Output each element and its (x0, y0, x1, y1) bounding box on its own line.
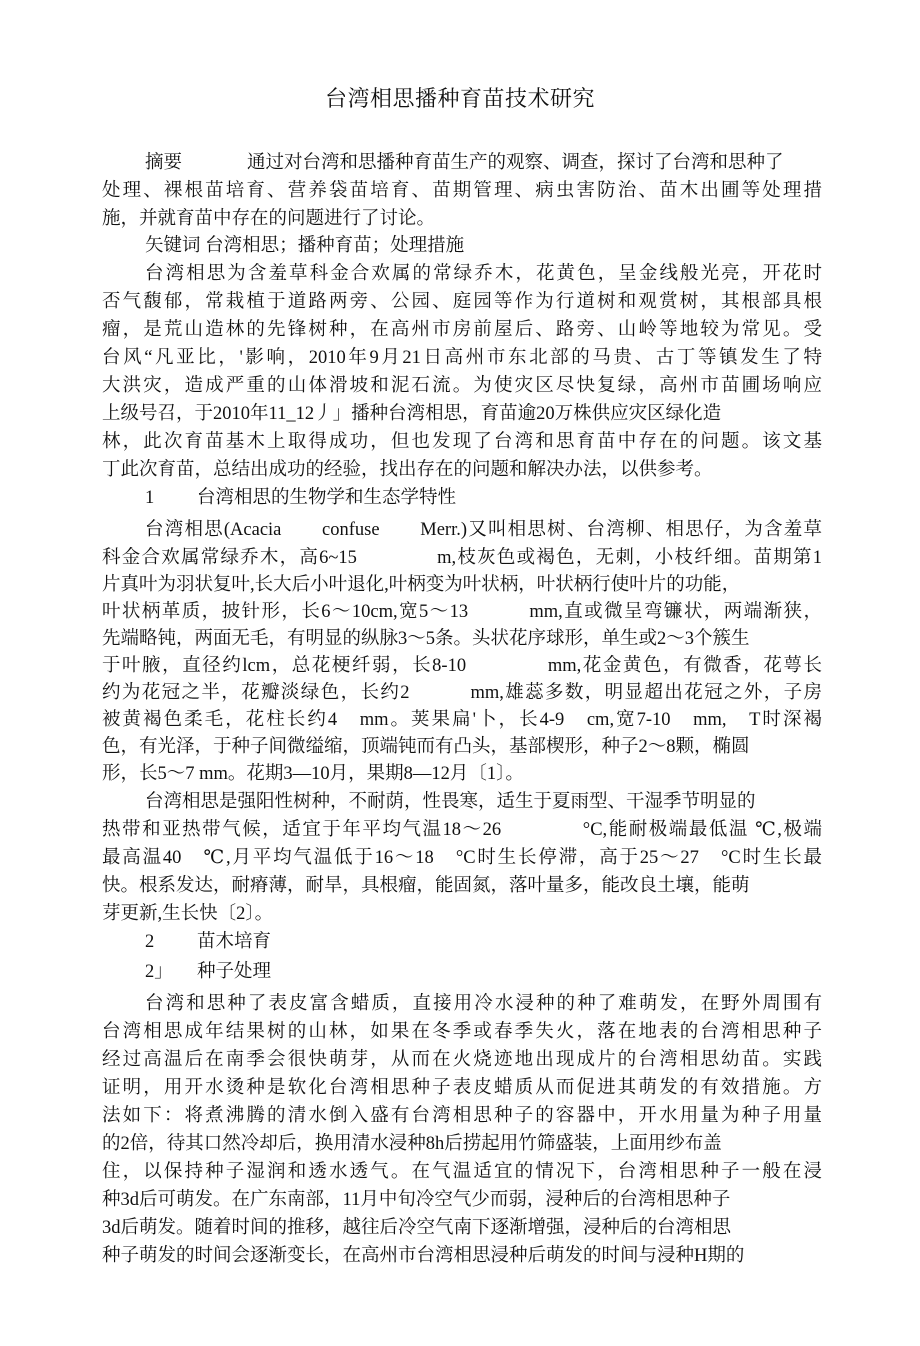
paragraph-line: 片真叶为羽状复叶,长大后小叶退化,叶柄变为叶状柄，叶状柄行使叶片的功能， (102, 573, 822, 597)
subsection-heading: 2」种子处理 (145, 960, 822, 984)
paragraph-line: 上级号召，于2010年11_12丿」播种台湾相思，育苗逾20万株供应灾区绿化造 (102, 402, 822, 426)
section-heading: 1台湾相思的生物学和生态学特性 (145, 486, 822, 510)
keywords: 矢键词 台湾相思；播种育苗；处理措施 (145, 234, 822, 258)
paragraph-line: 证明，用开水烫种是软化台湾相思种子表皮蜡质从而促进其萌发的有效措施。方 (102, 1076, 822, 1100)
paragraph-line: 被黄褐色柔毛，花柱长约4 mm。荚果扁'卜，长4-9 cm,宽7-10 mm, … (102, 708, 822, 732)
paragraph-line: 台湾相思(Acacia confuse Merr.)又叫相思树、台湾柳、相思仔，… (145, 518, 822, 542)
document-title: 台湾相思播种育苗技术研究 (0, 82, 920, 113)
paragraph-line: 的2倍，待其口然冷却后，换用清水浸种8h后捞起用竹筛盛装，上面用纱布盖 (102, 1132, 822, 1156)
section-title: 苗木培育 (197, 932, 271, 952)
paragraph-line: 瘤，是荒山造林的先锋树种，在高州市房前屋后、路旁、山岭等地较为常见。受 (102, 318, 822, 342)
section-title: 台湾相思的生物学和生态学特性 (197, 488, 456, 508)
section-number: 2 (145, 930, 197, 954)
section-heading: 2苗木培育 (145, 930, 822, 954)
paragraph-line: 先端略钝，两面无毛，有明显的纵脉3～5条。头状花序球形，单生或2～3个簇生 (102, 627, 822, 651)
abstract-line: 摘要通过对台湾和思播种育苗生产的观察、调查，探讨了台湾和思种了 (145, 151, 822, 175)
paragraph-line: 林，此次育苗基木上取得成功，但也发现了台湾和思育苗中存在的问题。该文基 (102, 430, 822, 454)
paragraph-line: 最高温40 ℃,月平均气温低于16～18 °C时生长停滞，高于25～27 °C时… (102, 846, 822, 870)
paragraph-line: 热带和亚热带气候，适宜于年平均气温18～26 °C,能耐极端最低温 ℃,极端 (102, 818, 822, 842)
paragraph-line: 台湾和思种了表皮富含蜡质，直接用冷水浸种的种了难萌发，在野外周围有 (145, 992, 822, 1016)
paragraph-line: 台湾相思为含羞草科金合欢属的常绿乔木，花黄色，呈金线般光亮，开花时 (145, 262, 822, 286)
paragraph-line: 芽更新,生长快〔2〕。 (102, 902, 822, 926)
abstract-line: 处理、裸根苗培育、营养袋苗培育、苗期管理、病虫害防治、苗木出圃等处理措 (102, 179, 822, 203)
paragraph-line: 种子萌发的时间会逐渐变长，在高州市台湾相思浸种后萌发的时间与浸种H期的 (102, 1244, 822, 1268)
paragraph-line: 台湾相思是强阳性树种，不耐荫，性畏寒，适生于夏雨型、干湿季节明显的 (145, 790, 822, 814)
paragraph-line: 丁此次育苗，总结出成功的经验，找出存在的问题和解决办法，以供参考。 (102, 458, 822, 482)
abstract-line: 施，并就育苗中存在的问题进行了讨论。 (102, 207, 822, 231)
abstract-label: 摘要 (145, 151, 247, 175)
paragraph-line: 种3d后可萌发。在广东南部，11月中旬冷空气少而弱，浸种后的台湾相思种子 (102, 1188, 822, 1212)
paragraph-line: 色，有光泽，于种子间微缢缩，顶端钝而有凸头，基部楔形，种子2～8颗，椭圆 (102, 735, 822, 759)
paragraph-line: 3d后萌发。随着时间的推移，越往后冷空气南下逐渐增强，浸种后的台湾相思 (102, 1216, 822, 1240)
paragraph-line: 于叶腋，直径约lcm，总花梗纤弱，长8-10 mm,花金黄色，有微香，花萼长 (102, 654, 822, 678)
paragraph-line: 法如下：将煮沸腾的清水倒入盛有台湾相思种子的容器中，开水用量为种子用量 (102, 1104, 822, 1128)
paragraph-line: 否气馥郁，常栽植于道路两旁、公园、庭园等作为行道树和观赏树，其根部具根 (102, 290, 822, 314)
paragraph-line: 台湾相思成年结果树的山林，如果在冬季或春季失火，落在地表的台湾相思种子 (102, 1020, 822, 1044)
paragraph-line: 台风“凡亚比，'影响，2010年9月21日高州市东北部的马贵、古丁等镇发生了特 (102, 346, 822, 370)
section-number: 1 (145, 486, 197, 510)
paragraph-line: 叶状柄革质，披针形，长6～10cm,宽5～13 mm,直或微呈弯镰状，两端渐狭， (102, 600, 822, 624)
paragraph-line: 形，长5～7 mm。花期3—10月，果期8—12月〔1〕。 (102, 762, 822, 786)
paragraph-line: 快。根系发达，耐瘠薄，耐旱，具根瘤，能固氮，落叶量多，能改良土壤，能萌 (102, 874, 822, 898)
paragraph-line: 经过高温后在南季会很快萌芽，从而在火烧迹地出现成片的台湾相思幼苗。实践 (102, 1048, 822, 1072)
subsection-number: 2」 (145, 960, 197, 984)
subsection-title: 种子处理 (197, 962, 271, 982)
paragraph-line: 科金合欢属常绿乔木，高6~15 m,枝灰色或褐色，无刺，小枝纤细。苗期第1 (102, 546, 822, 570)
paragraph-line: 住，以保持种子湿润和透水透气。在气温适宜的情况下，台湾相思种子一般在浸 (102, 1160, 822, 1184)
paragraph-line: 约为花冠之半，花瓣淡绿色，长约2 mm,雄蕊多数，明显超出花冠之外，子房 (102, 681, 822, 705)
abstract-text: 通过对台湾和思播种育苗生产的观察、调查，探讨了台湾和思种了 (247, 153, 784, 173)
paragraph-line: 大洪灾，造成严重的山体滑坡和泥石流。为使灾区尽快复绿，高州市苗圃场响应 (102, 374, 822, 398)
